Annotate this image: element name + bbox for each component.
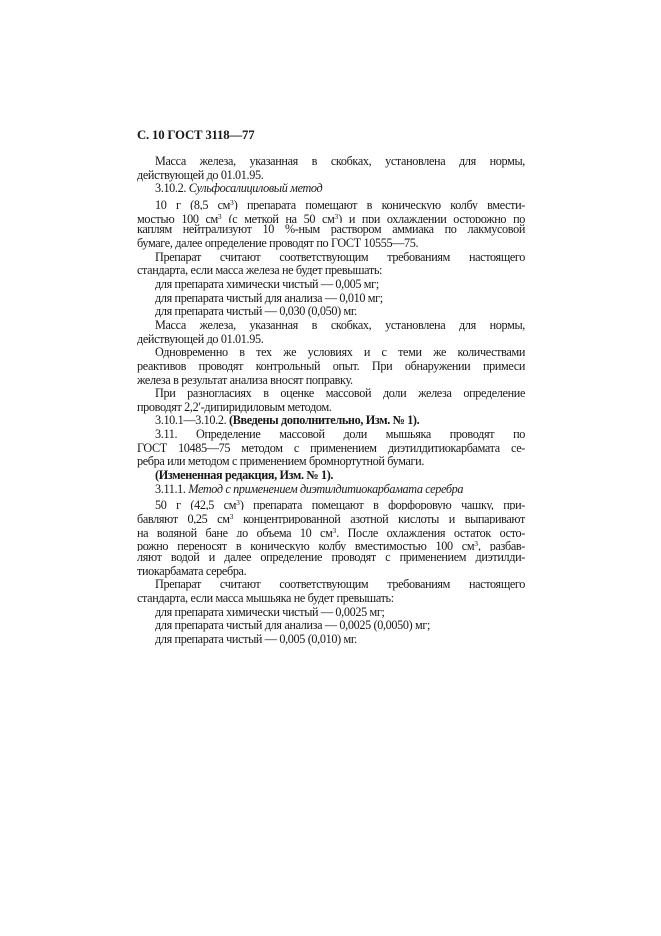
text-run: концентрированной азотной кислоты и выпа… [233,512,525,524]
text-run: ребра или методом с применением бромнорт… [137,455,424,468]
list-item: для препарата химически чистый — 0,0025 … [137,606,525,620]
text-run: для препарата чистый для анализа — 0,010… [155,292,383,305]
text-run: на водяной бане до объема 10 см [137,526,332,538]
text-run: . После охлаждения остаток осто- [336,526,525,538]
list-item: для препарата чистый — 0,030 (0,050) мг. [137,305,525,319]
text-run: (с меткой на 50 см [222,212,335,224]
text-run: Метод с применением диэтилдитиокарбамата… [188,483,463,496]
text-line: Масса железа, указанная в скобках, устан… [137,155,525,169]
text-run: 3.10.1—3.10.2. [155,414,229,427]
text-line: каплям нейтрализуют 10 %-ным раствором а… [137,223,525,237]
amendment-note: 3.10.1—3.10.2. (Введены дополнительно, И… [137,414,525,428]
document-body: Масса железа, указанная в скобках, устан… [137,155,525,647]
text-run: для препарата чистый — 0,030 (0,050) мг. [155,305,357,318]
text-run: Одновременно в тех же условиях и с теми … [155,346,525,359]
text-run: Сульфосалициловый метод [189,182,323,195]
text-line: мостью 100 см3 (с меткой на 50 см3) и пр… [137,210,525,224]
text-line: железа в результат анализа вносят поправ… [137,374,525,388]
page-header: С. 10 ГОСТ 3118—77 [137,128,254,143]
text-run: , разбав- [478,539,525,551]
text-line: бавляют 0,25 см3 концентрированной азотн… [137,510,525,524]
section-heading: 3.11.1. Метод с применением диэтилдитиок… [137,483,525,497]
text-run: каплям нейтрализуют 10 %-ным раствором а… [137,223,525,236]
text-run: действующей до 01.01.95. [137,169,263,182]
section-heading: 3.10.2. Сульфосалициловый метод [137,182,525,196]
amendment-note: (Измененная редакция, Изм. № 1). [137,469,525,483]
list-item: для препарата чистый для анализа — 0,010… [137,292,525,306]
text-run: При разногласиях в оценке массовой доли … [155,387,525,400]
list-item: для препарата чистый для анализа — 0,002… [137,619,525,633]
text-line: Препарат считают соответствующим требова… [137,251,525,265]
list-item: для препарата чистый — 0,005 (0,010) мг. [137,633,525,647]
text-line: Масса железа, указанная в скобках, устан… [137,319,525,333]
text-run: стандарта, если масса мышьяка не будет п… [137,592,394,605]
text-line: действующей до 01.01.95. [137,333,525,347]
text-run: 3.11. Определение массовой доли мышьяка … [155,428,525,441]
text-run: (Введены дополнительно, Изм. № 1). [229,414,419,427]
document-page: С. 10 ГОСТ 3118—77 Масса железа, указанн… [0,0,661,936]
text-line: стандарта, если масса мышьяка не будет п… [137,592,525,606]
text-line: 50 г (42,5 см3) препарата помещают в фор… [137,496,525,510]
text-line: стандарта, если масса железа не будет пр… [137,264,525,278]
text-line: действующей до 01.01.95. [137,169,525,183]
text-line: рожно переносят в коническую колбу вмест… [137,537,525,551]
text-run: рожно переносят в коническую колбу вмест… [137,539,474,551]
text-run: тиокарбамата серебра. [137,565,246,578]
text-line: Одновременно в тех же условиях и с теми … [137,346,525,360]
text-line: на водяной бане до объема 10 см3. После … [137,524,525,538]
list-item: для препарата химически чистый — 0,005 м… [137,278,525,292]
text-run: Масса железа, указанная в скобках, устан… [155,155,525,168]
text-line: При разногласиях в оценке массовой доли … [137,387,525,401]
text-line: ребра или методом с применением бромнорт… [137,455,525,469]
text-run: Препарат считают соответствующим требова… [155,251,525,264]
text-run: бавляют 0,25 см [137,512,230,524]
text-run: мостью 100 см [137,212,218,224]
text-run: для препарата чистый — 0,005 (0,010) мг. [155,633,357,646]
text-line: ляют водой и далее определение проводят … [137,551,525,565]
text-run: для препарата химически чистый — 0,005 м… [155,278,379,291]
text-line: Препарат считают соответствующим требова… [137,578,525,592]
text-line: ГОСТ 10485—75 методом с применением диэт… [137,442,525,456]
text-run: (Измененная редакция, Изм. № 1). [155,469,333,482]
text-run: действующей до 01.01.95. [137,333,263,346]
text-run: 50 г (42,5 см [155,498,236,510]
text-line: 3.11. Определение массовой доли мышьяка … [137,428,525,442]
text-line: реактивов проводят контрольный опыт. При… [137,360,525,374]
text-run: 3.11.1. [155,483,188,496]
text-run: ) препарата помещают в коническую колбу … [234,198,525,210]
text-run: ) препарата помещают в форфоровую чашку,… [240,498,525,510]
text-run: бумаге, далее определение проводят по ГО… [137,237,418,250]
text-run: Масса железа, указанная в скобках, устан… [155,319,525,332]
text-run: для препарата химически чистый — 0,0025 … [155,606,385,619]
text-run: железа в результат анализа вносят поправ… [137,374,353,387]
text-line: 10 г (8,5 см3) препарата помещают в кони… [137,196,525,210]
text-run: для препарата чистый для анализа — 0,002… [155,619,430,632]
text-run: Препарат считают соответствующим требова… [155,578,525,591]
text-run: 3.10.2. [155,182,189,195]
text-line: проводят 2,2′-дипиридиловым методом. [137,401,525,415]
text-run: ляют водой и далее определение проводят … [137,551,525,564]
text-run: ГОСТ 10485—75 методом с применением диэт… [137,442,525,455]
text-run: реактивов проводят контрольный опыт. При… [137,360,525,373]
text-line: тиокарбамата серебра. [137,565,525,579]
text-run: 10 г (8,5 см [155,198,230,210]
text-line: бумаге, далее определение проводят по ГО… [137,237,525,251]
text-run: стандарта, если масса железа не будет пр… [137,264,382,277]
text-run: проводят 2,2′-дипиридиловым методом. [137,401,332,414]
text-run: ) и при охлаждении осторожно по [338,212,525,224]
